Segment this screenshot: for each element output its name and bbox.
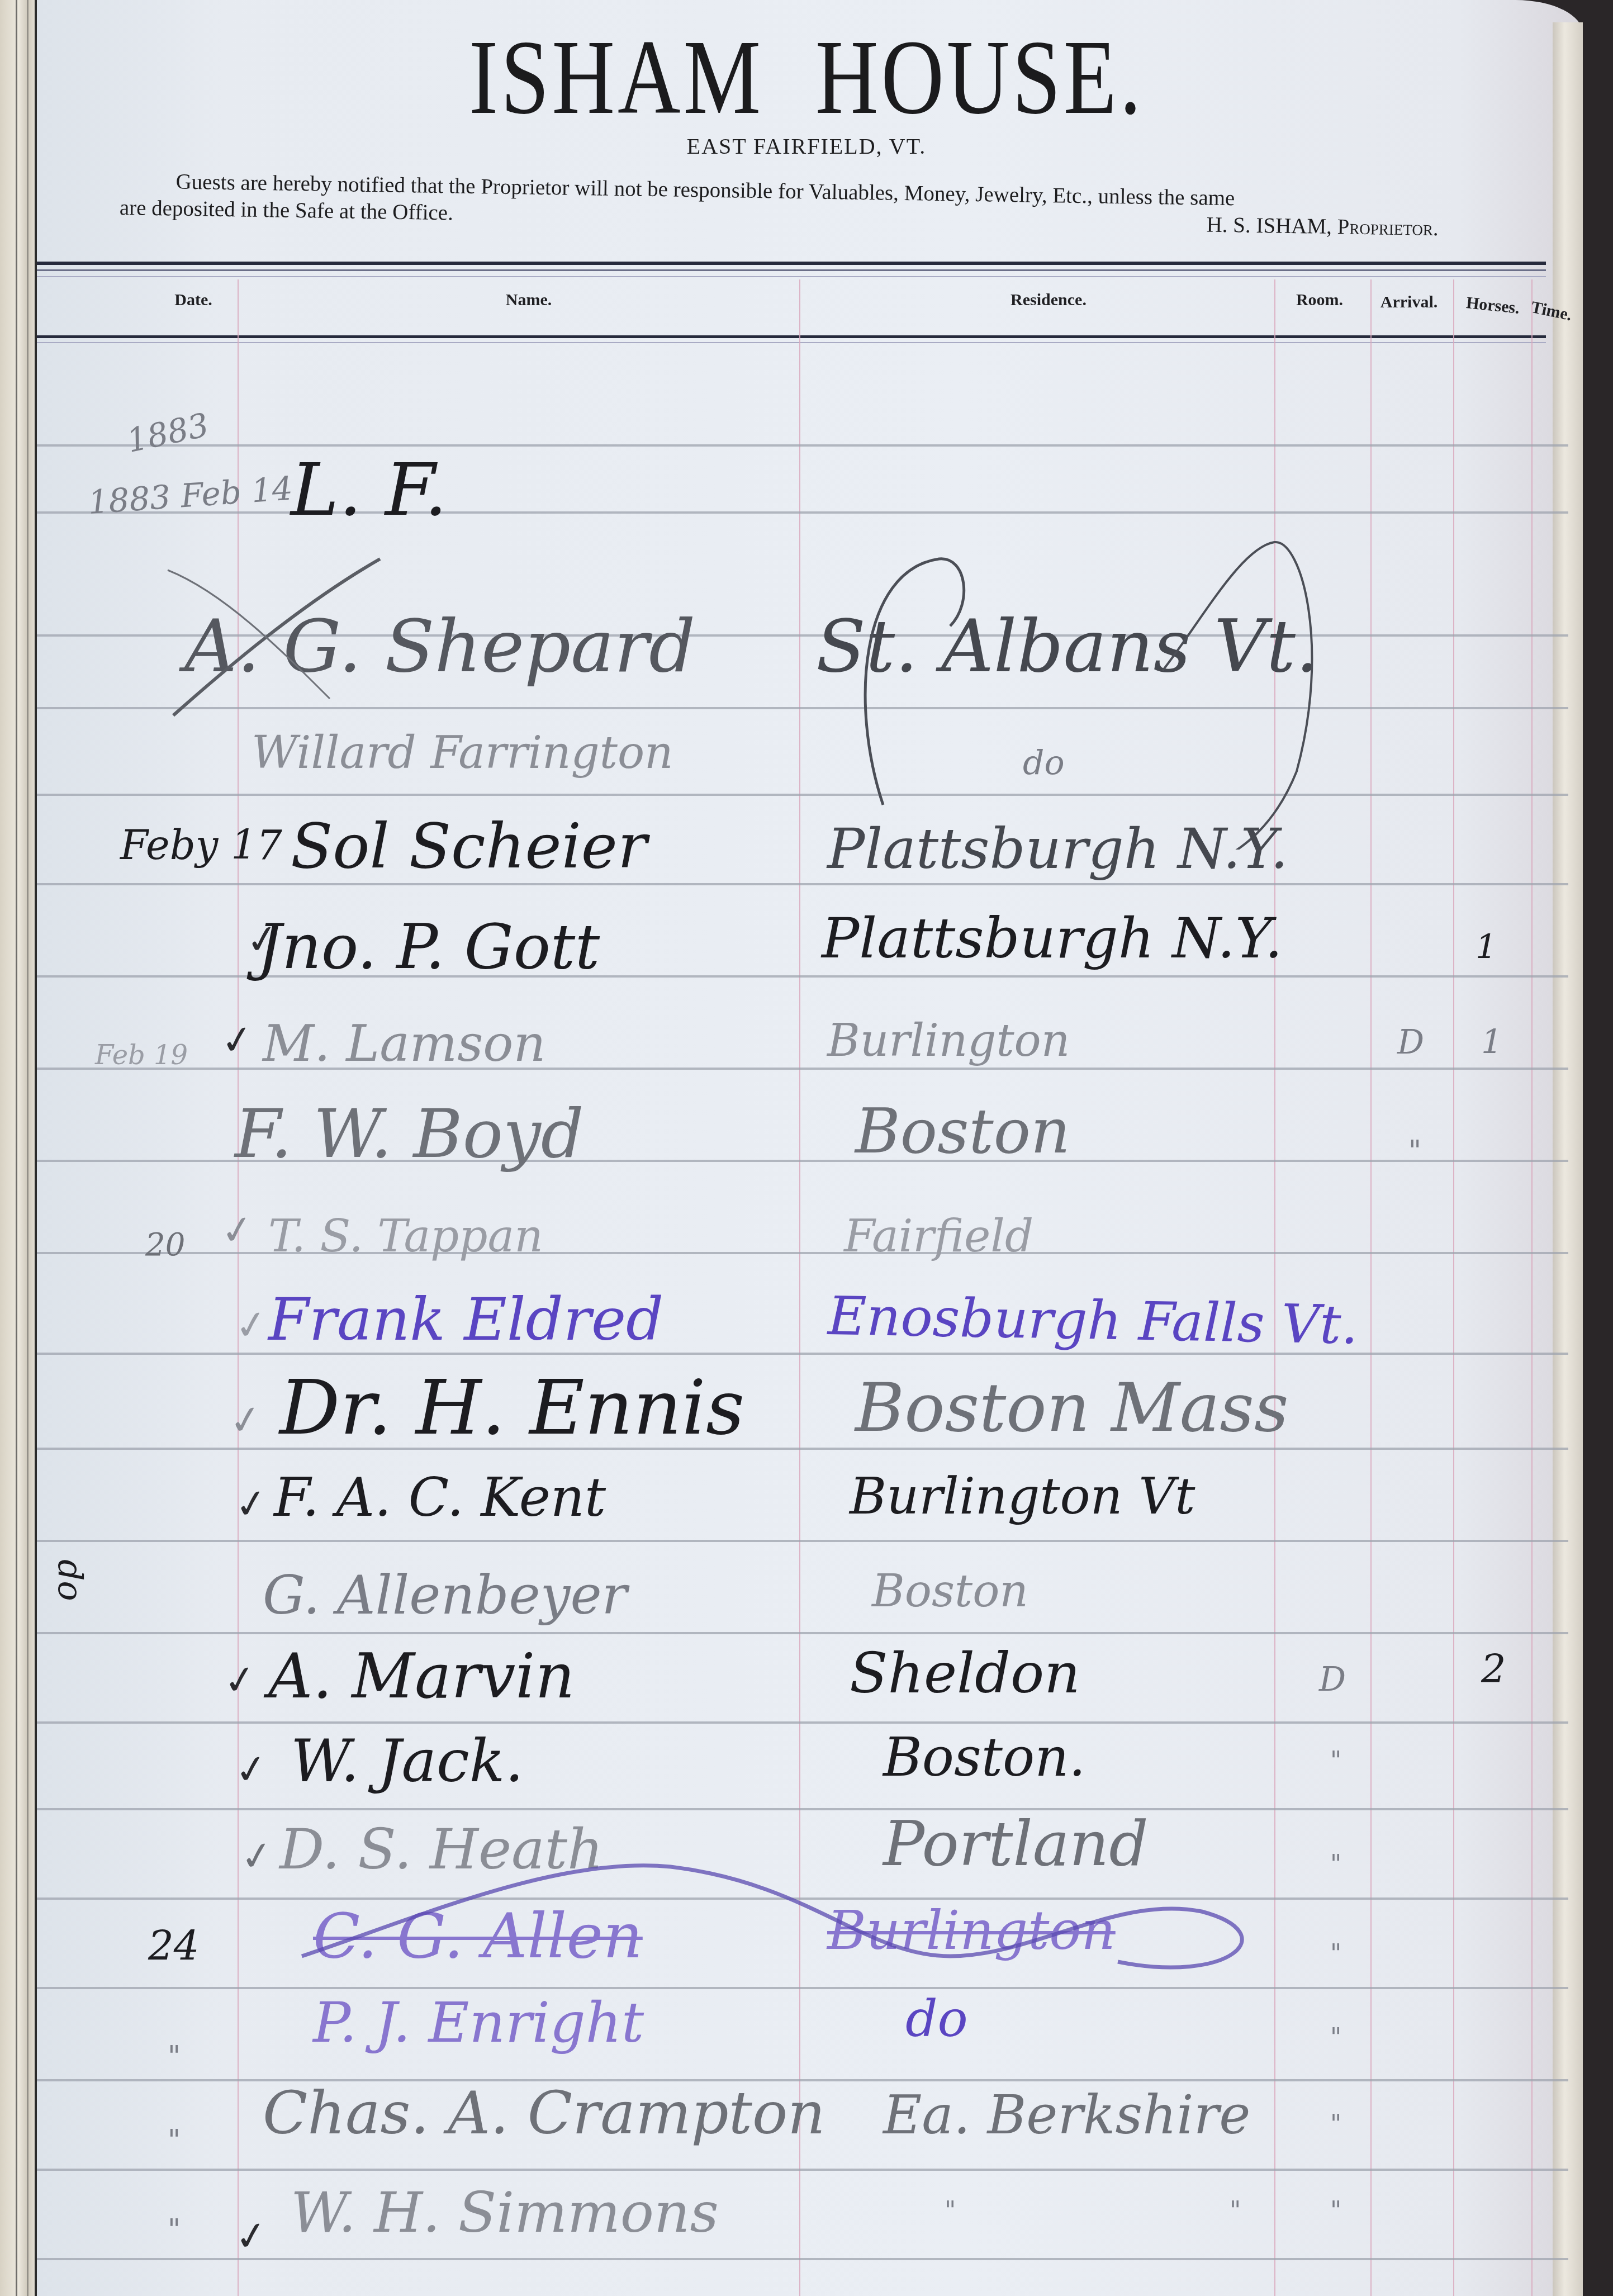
- entry-date: 1883 Feb 14: [87, 469, 294, 521]
- entry-residence: do: [905, 1990, 968, 2048]
- entry-residence: Plattsburgh N.Y.: [822, 905, 1283, 971]
- checkmark-icon: ✓: [232, 2211, 271, 2261]
- checkmark-icon: ✓: [232, 1479, 271, 1529]
- entry-horses: 1: [1481, 1023, 1502, 1062]
- entry-date: 24: [148, 1923, 200, 1970]
- entry-date: ": [168, 2040, 181, 2072]
- entry-name: W. H. Simmons: [291, 2180, 719, 2245]
- entry-room: ": [1330, 2197, 1341, 2225]
- entry-residence: Plattsburgh N.Y.: [827, 816, 1288, 881]
- entry-horses: 2: [1481, 1646, 1506, 1692]
- entry-room: ": [1330, 2023, 1341, 2052]
- entry-name: A. Marvin: [268, 1640, 575, 1712]
- entry-residence: Ea. Berkshire: [883, 2085, 1250, 2146]
- checkmark-icon: ✓: [226, 1395, 265, 1445]
- entry-name: L. F.: [291, 447, 447, 532]
- entry-date: ": [168, 2213, 181, 2246]
- entry-name: C. G. Allen: [313, 1900, 643, 1972]
- entry-room: ": [1330, 2110, 1341, 2138]
- entry-name: F. W. Boyd: [235, 1095, 584, 1173]
- margin-note: do: [50, 1559, 89, 1601]
- entry-room: D: [1319, 1660, 1346, 1699]
- entry-room: ": [1330, 1850, 1341, 1878]
- entry-residence: Burlington Vt: [850, 1467, 1195, 1526]
- entry-date: 20: [145, 1227, 185, 1263]
- entry-residence: Burlington: [827, 1900, 1116, 1962]
- entry-arrival: ": [1408, 1135, 1421, 1167]
- entry-residence: St. Albans Vt.: [816, 604, 1318, 689]
- entry-name: A. G. Shepard: [184, 604, 695, 689]
- entry-year: 1883: [124, 406, 212, 460]
- entry-room: ": [1330, 1747, 1341, 1775]
- entry-name: Willard Farrington: [252, 727, 673, 779]
- entry-residence: Portland: [883, 1808, 1149, 1880]
- entry-name: Frank Eldred: [268, 1285, 663, 1354]
- entry-horses: 1: [1476, 928, 1497, 967]
- entry-name: D. S. Heath: [279, 1816, 603, 1882]
- checkmark-icon: ✓: [221, 1655, 259, 1705]
- entry-residence: Enosburgh Falls Vt.: [827, 1285, 1359, 1356]
- entry-room: ": [1330, 1939, 1341, 1968]
- entry-residence: do: [1023, 743, 1065, 782]
- entry-residence: Sheldon: [850, 1640, 1080, 1706]
- entry-name: P. J. Enright: [313, 1990, 644, 2055]
- entry-name: Chas. A. Crampton: [263, 2079, 826, 2147]
- entry-residence: Boston.: [883, 1727, 1086, 1789]
- checkmark-icon: ✓: [232, 1300, 271, 1350]
- entry-arrival: D: [1397, 1023, 1424, 1062]
- entry-date: Feby 17: [120, 822, 282, 869]
- entry-residence: Boston: [855, 1095, 1070, 1167]
- checkmark-icon: ✓: [218, 1205, 257, 1255]
- entry-date: ": [168, 2124, 181, 2156]
- entry-name: Sol Scheier: [291, 810, 647, 882]
- entry-residence: Boston: [872, 1565, 1028, 1617]
- entry-residence: Burlington: [827, 1014, 1070, 1066]
- entry-residence: Fairfield: [844, 1210, 1033, 1262]
- entry-name: Dr. H. Ennis: [279, 1364, 744, 1451]
- entry-name: M. Lamson: [263, 1014, 545, 1073]
- entry-name: F. A. C. Kent: [274, 1467, 606, 1529]
- entry-residence: ": [945, 2197, 956, 2225]
- entry-name: Jno. P. Gott: [257, 911, 600, 983]
- entry-name: T. S. Tappan: [268, 1210, 543, 1262]
- checkmark-icon: ✓: [238, 1831, 276, 1881]
- entry-name: G. Allenbeyer: [263, 1565, 627, 1626]
- checkmark-icon: ✓: [232, 1744, 271, 1794]
- entry-residence: Boston Mass: [855, 1369, 1289, 1447]
- entry-date: Feb 19: [95, 1040, 188, 1071]
- checkmark-icon: ✓: [218, 1015, 257, 1065]
- signature-flourish: [782, 537, 1453, 850]
- register-entries: 1883 1883 Feb 14 L. F. A. G. Shepard St.…: [0, 0, 1613, 2296]
- entry-arrival: ": [1230, 2197, 1241, 2225]
- entry-name: W. Jack.: [291, 1727, 524, 1795]
